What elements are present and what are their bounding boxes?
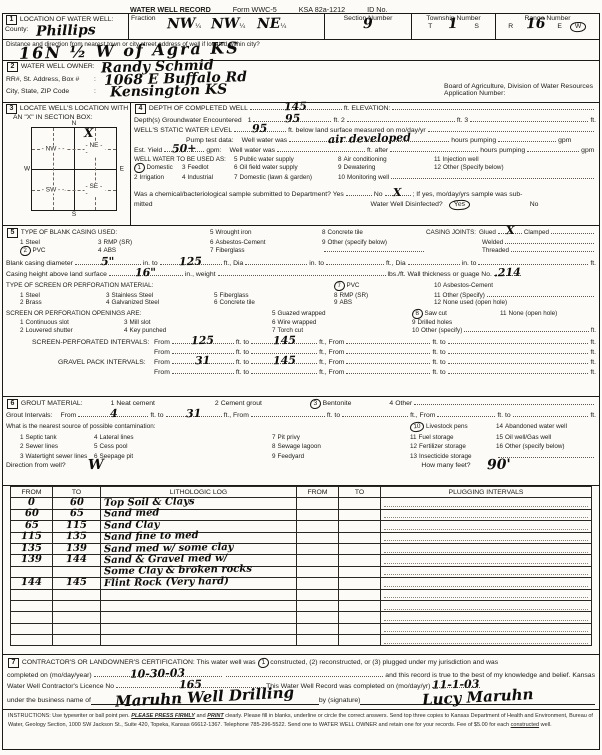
static-level-entry: 95 <box>234 127 286 132</box>
quarter-glyph: ¼ <box>281 23 287 30</box>
option-key-punched: 4Key punched <box>124 327 272 334</box>
dotted-line <box>384 523 588 530</box>
depth-value: 145 <box>284 105 307 110</box>
license-number: 165 <box>179 683 202 688</box>
diameter-label: Blank casing diameter <box>6 260 73 267</box>
quadrant-nw: - NW - - <box>41 145 66 152</box>
instructions-text-3: well. <box>541 722 552 728</box>
section-number-value: 9 <box>363 22 373 26</box>
option-none-open-hole: 11None (open hole) <box>500 310 596 317</box>
section-7-certification: 7 CONTRACTOR'S OR LANDOWNER'S CERTIFICAT… <box>2 654 600 750</box>
dotted-line <box>326 259 384 265</box>
col-from-2: FROM <box>297 487 339 498</box>
in-to-label: in. to <box>462 260 477 267</box>
table-row <box>11 612 592 623</box>
depth-entry: 145 <box>250 105 342 110</box>
ft-label: ft. <box>590 339 596 346</box>
option-oil-gas-well: 15Oil well/Gas well <box>496 434 596 441</box>
option-dewatering: 9Dewatering <box>338 164 434 171</box>
section-3-badge: 3 <box>6 104 17 114</box>
dotted-line <box>448 348 589 354</box>
quarter-glyph: ¼ <box>239 23 245 30</box>
dotted-line <box>251 411 325 417</box>
spi-to-entry: 145 <box>251 339 317 344</box>
township-value: 1 <box>448 22 458 26</box>
option-grout-other: 4Other <box>389 400 412 407</box>
welded-label: Welded <box>482 239 503 246</box>
dotted-line <box>384 614 588 621</box>
grout-title: GROUT MATERIAL: <box>21 400 83 407</box>
pump-entry: air developed <box>289 137 449 142</box>
option-guazed: 5Guazed wrapped <box>272 310 412 317</box>
height-value: 16" <box>135 271 156 276</box>
locate-title-2: AN "X" IN SECTION BOX: <box>5 114 128 121</box>
option-fuel-storage: 11Fuel storage <box>410 434 496 441</box>
dotted-line <box>346 338 430 344</box>
quadrant-se: - SE - - <box>85 183 106 197</box>
section-4-badge: 4 <box>135 104 146 114</box>
from-label: From <box>154 359 170 366</box>
table-row: Some Clay & broken rocks <box>11 566 592 577</box>
static-level-value: 95 <box>252 127 267 131</box>
ft-label: ft. <box>590 359 596 366</box>
section-2-badge: 2 <box>7 62 18 72</box>
option-wrought-iron: 5Wrought iron <box>210 229 322 236</box>
option-lateral-lines: 4Lateral lines <box>94 434 272 441</box>
col-litho: LITHOLOGIC LOG <box>101 487 297 498</box>
distance-value: 16N ½ W of Agra KS <box>19 46 240 56</box>
dotted-line <box>277 146 365 152</box>
dotted-line <box>384 534 588 541</box>
ft-to-label: ft. to <box>432 339 445 346</box>
depth-label: DEPTH OF COMPLETED WELL <box>149 105 248 112</box>
option-openings-other: 10Other (specify)ft. <box>412 326 596 334</box>
ft-to-label: ft. to <box>236 359 249 366</box>
dotted-line <box>384 546 588 553</box>
section-6-badge: 6 <box>7 399 18 409</box>
license-label: Water Well Contractor's Licence No <box>7 683 114 690</box>
option-none-used: 12None used (open hole) <box>434 299 596 306</box>
option-septic-tank: 1Septic tank <box>6 434 94 441</box>
spi-from-value: 125 <box>191 339 214 344</box>
spi-from-entry: 125 <box>172 339 234 344</box>
ft-after-label: ft. after <box>367 147 388 154</box>
diagram-dashed-vline <box>95 128 96 210</box>
gpm-colon-label: gpm: <box>206 147 221 154</box>
grout-from-entry: 4 <box>78 412 148 417</box>
ft-label: ft. <box>590 369 596 376</box>
dotted-line <box>384 557 588 564</box>
groundwater-label: Depth(s) Groundwater Encountered <box>134 117 242 124</box>
colon: : <box>94 76 96 83</box>
board-line1: Board of Agriculture, Division of Water … <box>444 83 593 90</box>
dotted-line <box>408 259 460 265</box>
dotted-line <box>384 591 588 598</box>
ft-to-label: ft. to <box>236 369 249 376</box>
dotted-line <box>324 246 424 252</box>
option-louvered: 2Louvered shutter <box>6 327 124 334</box>
dotted-line <box>527 146 579 152</box>
diameter-to-entry: 125 <box>160 260 222 265</box>
from-label: From <box>154 349 170 356</box>
dotted-line <box>505 238 594 244</box>
ft-from-label: ft., From <box>319 339 344 346</box>
yield-value: 50+ <box>172 147 197 152</box>
fraction-cell: Fraction NW¼ NW¼ NE¼ <box>129 14 325 39</box>
option-screen-fiberglass: 5Fiberglass <box>214 292 334 299</box>
colon: : <box>94 88 96 95</box>
option-air-conditioning: 8Air conditioning <box>338 156 434 163</box>
grout-to-entry: 31 <box>166 412 222 417</box>
ft-label: ft. <box>590 349 596 356</box>
table-row: 135139Sand med w/ some clay <box>11 543 592 554</box>
township-t: T <box>428 23 432 30</box>
fraction-2: NW <box>211 22 240 27</box>
glued-x: X <box>506 229 515 233</box>
compass-w: W <box>24 166 30 173</box>
pump-value: air developed <box>328 136 411 142</box>
option-sewer-lines: 2Sewer lines <box>6 443 94 450</box>
ft-to-label: ft. to <box>150 412 163 419</box>
compass-s: S <box>72 211 76 218</box>
quadrant-ne: - NE - - <box>85 142 106 156</box>
yield-pre-label: Well water was <box>229 147 275 154</box>
range-r: R <box>508 23 513 30</box>
option-feedlot: 3Feedlot <box>182 164 234 171</box>
dotted-line <box>392 104 594 110</box>
option-pvc-circled: 2PVC <box>6 246 98 256</box>
direction-row: Direction from well? W How many feet? 90… <box>6 461 596 469</box>
dotted-line <box>437 411 495 417</box>
diameter-to-value: 125 <box>179 260 202 265</box>
grout-intervals-label: Grout Intervals: <box>6 412 52 419</box>
wall-value: .214 <box>494 271 521 276</box>
dotted-line <box>226 671 384 677</box>
dotted-line <box>346 348 430 354</box>
constructed-emphasis: constructed <box>511 722 539 728</box>
direction-value: W <box>88 463 104 467</box>
option-galvanized: 4Galvanized Steel <box>106 299 214 306</box>
instructions-and: and <box>197 713 206 719</box>
yield-label: Est. Yield <box>134 147 162 154</box>
col-to-2: TO <box>339 487 381 498</box>
business-name: Maruhn Well Drilling <box>115 690 294 703</box>
used-as-label: WELL WATER TO BE USED AS: <box>134 156 234 163</box>
gpi-from-value: 31 <box>195 359 210 363</box>
dotted-line <box>342 411 408 417</box>
spi-label: SCREEN-PERFORATED INTERVALS: <box>6 339 154 346</box>
dotted-line <box>464 326 588 332</box>
option-screen-concrete: 6Concrete tile <box>214 299 334 306</box>
option-contam-other: 16Other (specify below) <box>496 443 596 450</box>
completed-date: 10-30-03 <box>130 671 185 676</box>
gpi-to-entry: 145 <box>251 359 317 364</box>
option-other-specify: 12Other (Specify below) <box>434 164 596 171</box>
option-bentonite-circled: 3Bentonite <box>310 399 352 409</box>
spi-row-1: SCREEN-PERFORATED INTERVALS: From 125 ft… <box>6 338 596 346</box>
dotted-line <box>384 500 588 507</box>
disinfected-yes-circled: Yes <box>448 199 470 210</box>
dotted-line <box>384 625 588 632</box>
sample-no-entry: X <box>385 191 411 196</box>
option-continuous-slot: 1Continuous slot <box>6 319 124 326</box>
table-row <box>11 589 592 600</box>
range-value: 16 <box>525 22 545 27</box>
casing-height-row: Casing height above land surface 16" in.… <box>6 270 596 278</box>
diameter-entry: 5" <box>75 260 141 265</box>
option-fertilizer: 12Fertilizer storage <box>410 443 496 450</box>
certification-block: 7 CONTRACTOR'S OR LANDOWNER'S CERTIFICAT… <box>3 655 599 705</box>
ft-to-label: ft. to <box>236 349 249 356</box>
location-title: LOCATION OF WATER WELL: <box>20 16 114 23</box>
sample-question: Was a chemical/bacteriological sample su… <box>134 191 344 198</box>
glued-label: Glued <box>479 229 496 236</box>
well-x-mark: X <box>84 131 93 135</box>
dotted-line <box>218 270 386 276</box>
option-wire-wrapped: 6Wire wrapped <box>272 319 412 326</box>
ft-dia-label: ft., Dia <box>224 260 244 267</box>
ft-from-label: ft., From <box>319 349 344 356</box>
ft-from-label: ft., From <box>410 412 435 419</box>
dotted-line <box>478 259 588 265</box>
ft-label: ft. <box>590 117 596 124</box>
dotted-line <box>487 291 594 297</box>
option-oil-field: 6Oil field water supply <box>234 164 338 171</box>
table-row: 139144Sand & Gravel med w/ <box>11 555 592 566</box>
section-3-4-row: 3LOCATE WELL'S LOCATION WITH AN "X" IN S… <box>2 102 600 226</box>
record-date: 11-1-03 <box>432 682 479 687</box>
locate-title-1: LOCATE WELL'S LOCATION WITH <box>20 105 128 112</box>
openings-title: SCREEN OR PERFORATION OPENINGS ARE: <box>6 310 272 317</box>
city-value: Kensington KS <box>110 87 227 94</box>
option-public-water: 5Public water supply <box>234 156 338 163</box>
weight-label: in., weight <box>185 271 216 278</box>
ft-to-label: ft. to <box>432 349 445 356</box>
board-block: Board of Agriculture, Division of Water … <box>444 83 593 97</box>
option-insecticide: 13Insecticide storage <box>410 453 496 460</box>
casing-title: TYPE OF BLANK CASING USED: <box>21 229 117 236</box>
table-row <box>11 623 592 634</box>
sample-suffix: ; If yes, mo/day/yrs sample was sub- <box>413 191 523 198</box>
clamped-label: Clamped <box>524 229 549 236</box>
section-2-owner: 2 WATER WELL OWNER: Randy Schmid RR#, St… <box>2 60 600 103</box>
certification-text-3: and this record is true to the best of m… <box>385 672 595 679</box>
direction-label: Direction from well? <box>6 462 66 469</box>
hours-pumping-label: hours pumping <box>451 137 496 144</box>
ft-to-label: ft. to <box>236 339 249 346</box>
certification-text-2: constructed, (2) reconstructed, or (3) p… <box>270 659 498 666</box>
option-cement-grout: 2Cement grout <box>215 400 262 407</box>
constructed-1-circled: 1 <box>257 658 269 669</box>
distance-row: Distance and direction from nearest town… <box>2 39 600 61</box>
range-w-circled: W <box>570 22 587 33</box>
option-saw-cut-circled: 8Saw cut <box>412 309 500 319</box>
range-cell: Range Number R 16 E W <box>496 14 599 39</box>
grout-to-value: 31 <box>186 412 201 416</box>
gpi-to-value: 145 <box>273 359 296 364</box>
table-row <box>11 600 592 611</box>
height-entry: 16" <box>109 271 183 276</box>
fraction-1: NW <box>167 22 196 27</box>
dotted-line <box>513 411 589 417</box>
feet-label: How many feet? <box>421 462 470 469</box>
dotted-line <box>384 568 588 575</box>
option-livestock-circled: 10Livestock pens <box>410 422 496 432</box>
option-screen-pvc-circled: 7PVC <box>334 281 434 291</box>
dotted-line <box>346 358 430 364</box>
static-level-label: WELL'S STATIC WATER LEVEL <box>134 127 232 134</box>
option-mill-slot: 3Mill slot <box>124 319 272 326</box>
contamination-label: What is the nearest source of possible c… <box>6 423 410 430</box>
ft-to-label: ft. to <box>432 369 445 376</box>
dotted-line <box>172 368 234 374</box>
table-row: 6065Sand med <box>11 509 592 520</box>
option-injection-well: 11Injection well <box>434 156 596 163</box>
dotted-line <box>384 511 588 518</box>
dotted-line <box>498 452 594 458</box>
dotted-line <box>251 368 317 374</box>
board-line2: Application Number: <box>444 90 593 97</box>
section-7-badge: 7 <box>8 658 19 668</box>
dotted-line <box>551 228 594 234</box>
option-domestic-lawn: 7Domestic (lawn & garden) <box>234 174 338 181</box>
spi-to-value: 145 <box>273 339 296 344</box>
section-3-locate: 3LOCATE WELL'S LOCATION WITH AN "X" IN S… <box>3 103 131 225</box>
in-to-label: in. to <box>309 260 324 267</box>
glued-entry: X <box>498 229 522 234</box>
option-asbestos-cement: 6Asbestos-Cement <box>210 239 322 246</box>
ft-3-label: ft. 3 <box>457 117 468 124</box>
township-cell: Township Number T 1 S <box>412 14 496 39</box>
city-label: City, State, ZIP Code <box>6 88 94 95</box>
option-concrete-tile: 8Concrete tile <box>322 229 426 236</box>
county-label: County: <box>5 26 28 33</box>
ft-2-label: ft. 2 <box>333 117 344 124</box>
option-watertight-sewer: 3Watertight sewer lines <box>6 453 94 460</box>
signature: Lucy Maruhn <box>422 692 534 702</box>
township-s: S <box>474 23 479 30</box>
dotted-line <box>384 603 588 610</box>
table-row: 144145Flint Rock (Very hard) <box>11 578 592 589</box>
ft-dia-label: ft., Dia <box>386 260 406 267</box>
spi-row-2: From ft. to ft., From ft. to ft. <box>6 348 596 356</box>
section-5-casing: 5TYPE OF BLANK CASING USED: 5Wrought iro… <box>2 225 600 397</box>
gpi-row-2: From ft. to ft., From ft. to ft. <box>6 368 596 376</box>
ft-label: ft. <box>590 412 596 419</box>
business-name-label: under the business name of <box>7 697 91 704</box>
ft-from-label: ft., From <box>319 359 344 366</box>
pump-pre-label: Well water was <box>242 137 288 144</box>
print-emphasis: PRINT <box>207 713 224 719</box>
option-pit-privy: 7Pit privy <box>272 434 410 441</box>
county-cell: 1LOCATION OF WATER WELL: County: Phillip… <box>3 14 129 39</box>
dotted-line <box>448 358 589 364</box>
option-domestic-circled: 1Domestic <box>134 163 182 173</box>
fraction-3: NE <box>257 22 281 27</box>
contamination-grid: What is the nearest source of possible c… <box>6 422 596 460</box>
section-5-badge: 5 <box>7 228 18 238</box>
gpi-label: GRAVEL PACK INTERVALS: <box>6 359 154 366</box>
disinfected-no: No <box>530 201 539 208</box>
option-stainless: 3Stainless Steel <box>106 292 214 299</box>
dotted-line <box>428 126 594 132</box>
dotted-line <box>346 368 430 374</box>
threaded-label: Threaded <box>482 247 509 254</box>
dotted-line <box>414 399 594 405</box>
ft-from-label: ft., From <box>319 369 344 376</box>
section-number-cell: Section Number 9 <box>325 14 412 39</box>
option-fiberglass: 7Fiberglass <box>210 247 322 254</box>
option-screen-rmp: 8RMP (SR) <box>334 292 434 299</box>
option-screen-asbestos: 10Asbestos-Cement <box>434 282 596 289</box>
instructions-text: INSTRUCTIONS: Use typewriter or ball poi… <box>8 713 130 719</box>
option-steel: 1Steel <box>6 239 98 246</box>
section-4-depth: 4 DEPTH OF COMPLETED WELL 145 ft. ELEVAT… <box>131 103 599 225</box>
address-label: RR#, St. Address, Box # <box>6 76 94 83</box>
option-rmp: 3RMP (SR) <box>98 239 210 246</box>
gpi-from-entry: 31 <box>172 359 234 364</box>
from-label: From <box>154 339 170 346</box>
dotted-line <box>346 190 372 196</box>
grout-material-row: 6 GROUT MATERIAL: 1Neat cement 2Cement g… <box>6 399 596 409</box>
col-plugging: PLUGGING INTERVALS <box>381 487 592 498</box>
dotted-line <box>470 116 588 122</box>
option-screen-other: 11Other (Specify) <box>434 291 596 299</box>
ft-to-label: ft. to <box>327 412 340 419</box>
range-e: E <box>557 23 562 30</box>
county-value: Phillips <box>36 28 96 34</box>
diagram-dashed-vline <box>53 128 54 210</box>
screen-title: TYPE OF SCREEN OR PERFORATION MATERIAL: <box>6 282 334 289</box>
dotted-line <box>448 338 589 344</box>
compass-n: N <box>72 120 77 127</box>
table-header-row: FROM TO LITHOLOGIC LOG FROM TO PLUGGING … <box>11 487 592 498</box>
wall-label: lbs./ft. Wall thickness or guage No. <box>388 271 492 278</box>
option-industrial: 4Industrial <box>182 174 234 181</box>
sample-no-x: X <box>393 191 402 195</box>
option-screen-abs: 9ABS <box>334 299 434 306</box>
option-cess-pool: 5Cess pool <box>94 443 272 450</box>
signature-label: by (signature) <box>319 697 361 704</box>
option-seepage-pit: 6Seepage pit <box>94 453 272 460</box>
sample-no-label: No <box>374 191 383 198</box>
certification-text-1: CONTRACTOR'S OR LANDOWNER'S CERTIFICATIO… <box>22 659 256 666</box>
section-1-badge: 1 <box>6 15 17 25</box>
section-6-grout: 6 GROUT MATERIAL: 1Neat cement 2Cement g… <box>2 396 600 486</box>
signature-entry: Lucy Maruhn <box>360 695 595 705</box>
option-drilled-holes: 9Drilled holes <box>412 319 596 326</box>
business-name-entry: Maruhn Well Drilling <box>91 695 319 705</box>
openings-grid: SCREEN OR PERFORATION OPENINGS ARE: 5Gua… <box>6 309 596 334</box>
dotted-line <box>391 173 594 179</box>
diameter-value: 5" <box>101 260 114 264</box>
option-monitoring-well: 10Monitoring well <box>338 173 596 181</box>
quadrant-sw: - SW - - <box>41 186 65 193</box>
from-label: From <box>60 412 76 419</box>
dotted-line <box>498 136 556 142</box>
instructions: INSTRUCTIONS: Use typewriter or ball poi… <box>3 709 599 731</box>
range-label: Range Number <box>498 15 597 22</box>
table-row: 060Top Soil & Clays <box>11 498 592 509</box>
screen-material-grid: TYPE OF SCREEN OR PERFORATION MATERIAL: … <box>6 281 596 306</box>
casing-grid: 5TYPE OF BLANK CASING USED: 5Wrought iro… <box>6 228 596 256</box>
option-sewage-lagoon: 8Sewage lagoon <box>272 443 410 450</box>
hours-pumping-label: hours pumping <box>480 147 525 154</box>
option-abs: 4ABS <box>98 247 210 254</box>
ft-to-label: ft. to <box>497 412 510 419</box>
table-row: 65115Sand Clay <box>11 521 592 532</box>
grout-intervals-row: Grout Intervals: From 4 ft. to 31 ft., F… <box>6 411 596 419</box>
